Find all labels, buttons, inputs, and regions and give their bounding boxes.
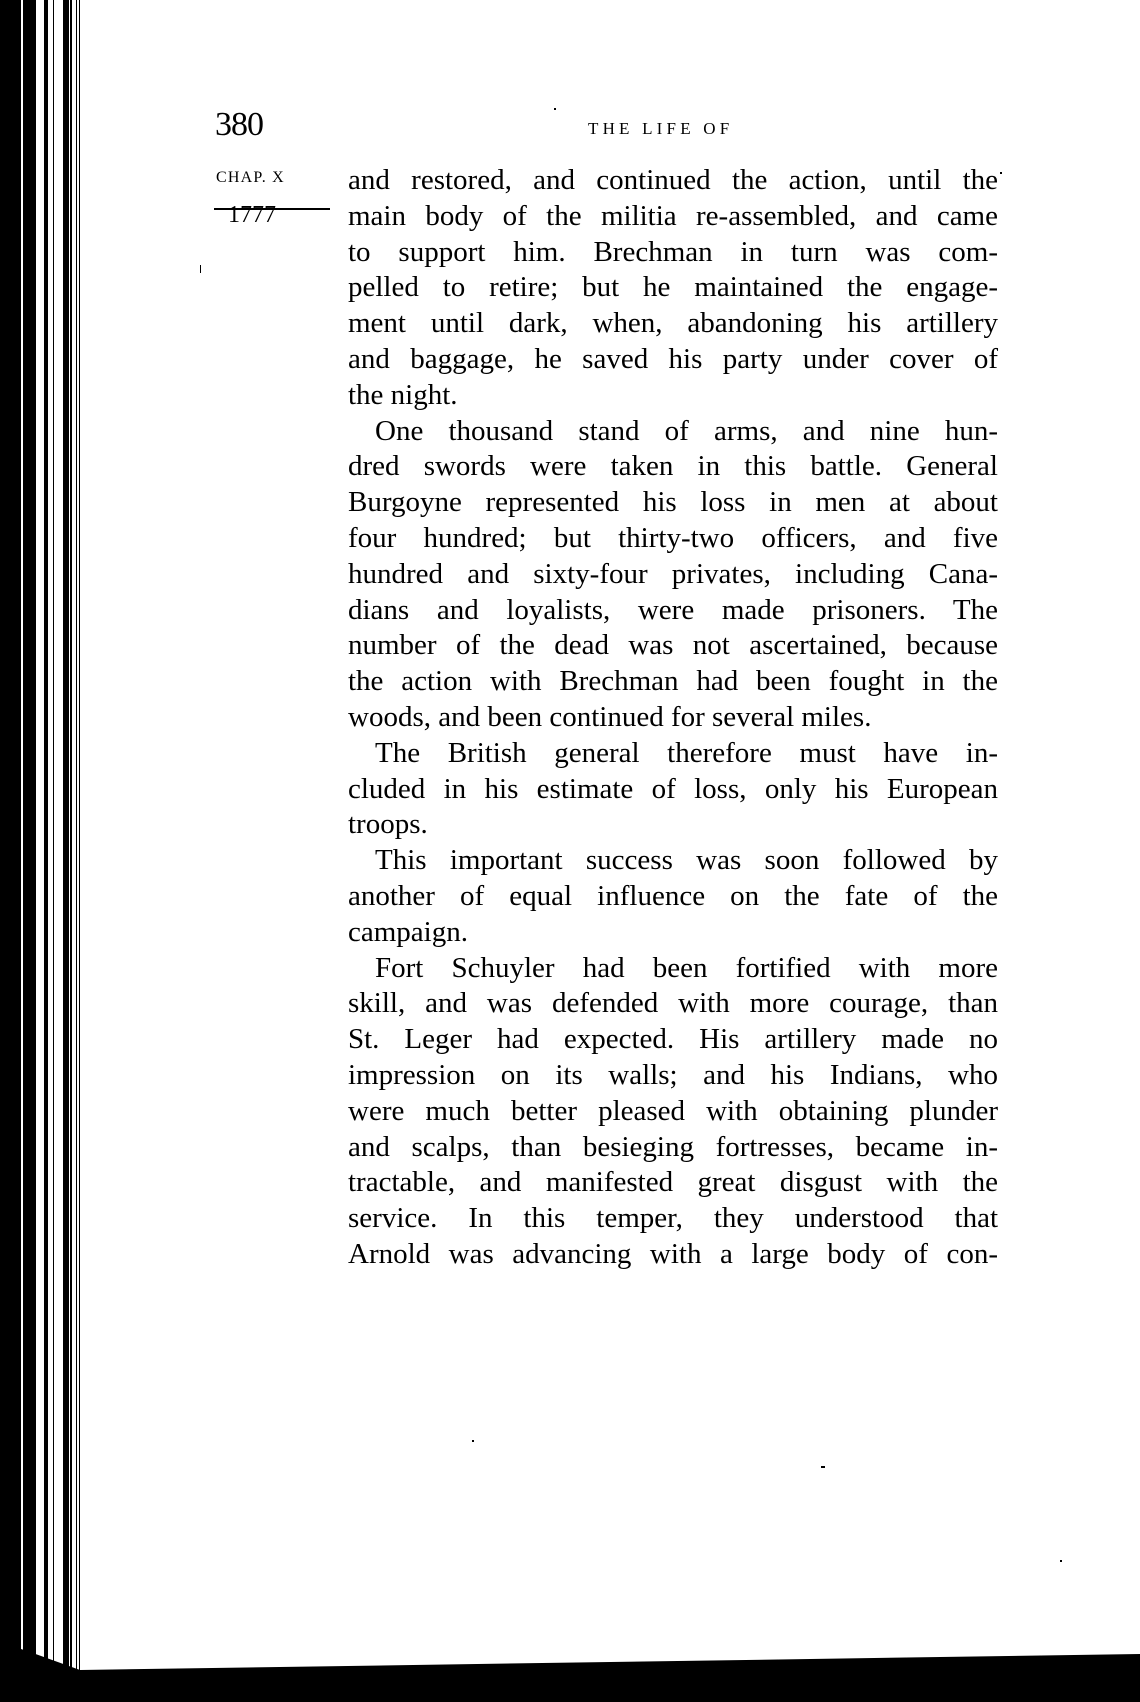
text-line: The British general therefore must have … xyxy=(375,735,998,771)
text-line: main body of the militia re-assembled, a… xyxy=(348,198,998,234)
text-line: cluded in his estimate of loss, only his… xyxy=(348,771,998,807)
scan-speck xyxy=(472,1440,474,1442)
text-line: woods, and been continued for several mi… xyxy=(348,699,998,735)
text-line: number of the dead was not ascertained, … xyxy=(348,627,998,663)
text-line: dred swords were taken in this battle. G… xyxy=(348,448,998,484)
text-line: were much better pleased with obtaining … xyxy=(348,1093,998,1129)
scan-speck xyxy=(1060,1560,1062,1562)
book-page: 380 THE LIFE OF CHAP. X 1777 and restore… xyxy=(0,0,1140,1702)
text-line: service. In this temper, they understood… xyxy=(348,1200,998,1236)
text-line: troops. xyxy=(348,806,998,842)
scan-speck xyxy=(821,1466,825,1468)
text-line: the action with Brechman had been fought… xyxy=(348,663,998,699)
text-line: Burgoyne represented his loss in men at … xyxy=(348,484,998,520)
text-line: to support him. Brechman in turn was com… xyxy=(348,234,998,270)
text-line: another of equal influence on the fate o… xyxy=(348,878,998,914)
margin-year: 1777 xyxy=(228,203,276,227)
scan-speck xyxy=(200,265,201,273)
text-line: Arnold was advancing with a large body o… xyxy=(348,1236,998,1272)
running-head: THE LIFE OF xyxy=(588,120,733,137)
text-line: and scalps, than besieging fortresses, b… xyxy=(348,1129,998,1165)
text-line: four hundred; but thirty-two officers, a… xyxy=(348,520,998,556)
text-line: dians and loyalists, were made prisoners… xyxy=(348,592,998,628)
scan-speck xyxy=(1000,172,1002,174)
scan-shadow-band xyxy=(0,1642,1140,1702)
scan-speck xyxy=(554,108,556,110)
text-line: impression on its walls; and his Indians… xyxy=(348,1057,998,1093)
binding-gutter xyxy=(0,0,82,1702)
text-line: the night. xyxy=(348,377,998,413)
page-number: 380 xyxy=(215,108,263,142)
text-line: St. Leger had expected. His artillery ma… xyxy=(348,1021,998,1057)
text-line: This important success was soon followed… xyxy=(375,842,998,878)
text-line: skill, and was defended with more courag… xyxy=(348,985,998,1021)
text-line: tractable, and manifested great disgust … xyxy=(348,1164,998,1200)
text-line: hundred and sixty-four privates, includi… xyxy=(348,556,998,592)
text-line: campaign. xyxy=(348,914,998,950)
text-line: pelled to retire; but he maintained the … xyxy=(348,269,998,305)
text-line: and restored, and continued the action, … xyxy=(348,162,998,198)
text-line: and baggage, he saved his party under co… xyxy=(348,341,998,377)
text-line: Fort Schuyler had been fortified with mo… xyxy=(375,950,998,986)
text-line: ment until dark, when, abandoning his ar… xyxy=(348,305,998,341)
text-line: One thousand stand of arms, and nine hun… xyxy=(375,413,998,449)
margin-chapter-label: CHAP. X xyxy=(216,170,285,186)
